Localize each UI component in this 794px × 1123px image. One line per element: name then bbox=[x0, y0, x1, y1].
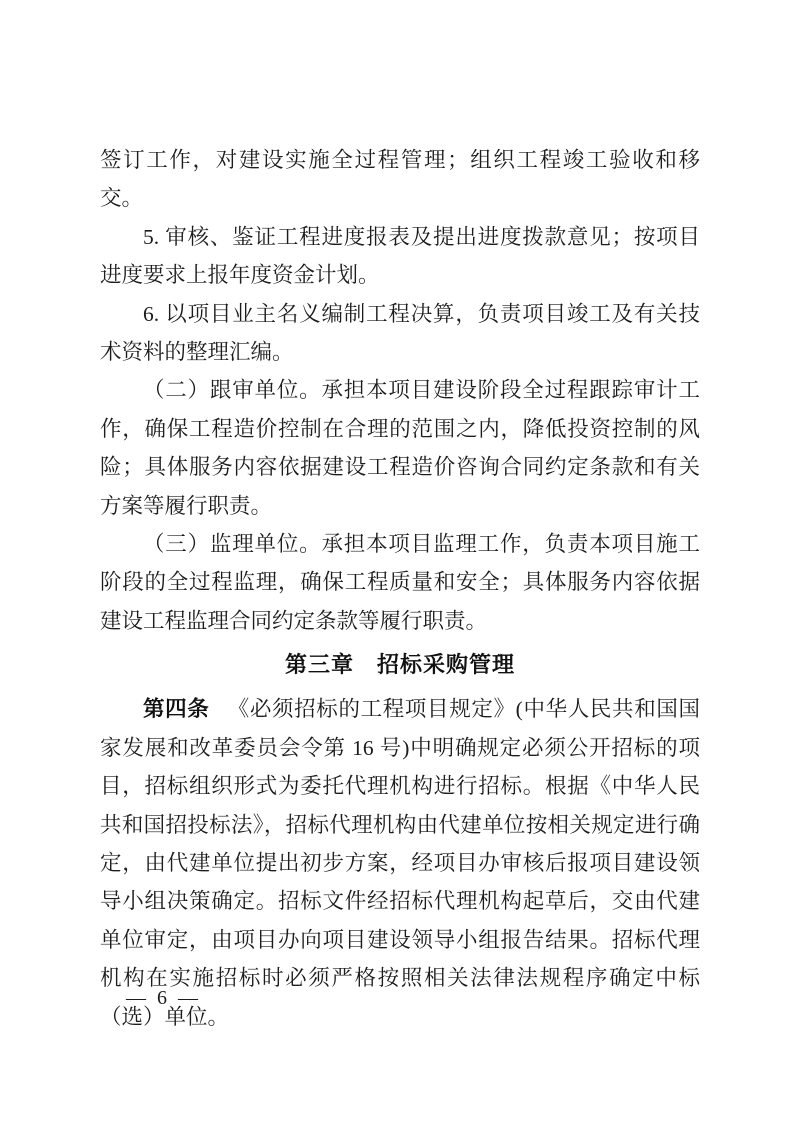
body-paragraph-unit-2: （二）跟审单位。承担本项目建设阶段全过程跟踪审计工作，确保工程造价控制在合理的范… bbox=[100, 371, 700, 525]
chapter-heading: 第三章 招标采购管理 bbox=[100, 640, 700, 690]
page-number: — 6 — bbox=[126, 984, 201, 1012]
article-text: 《必须招标的工程项目规定》(中华人民共和国国家发展和改革委员会令第 16 号)中… bbox=[100, 697, 700, 1028]
article-number-label: 第四条 bbox=[143, 697, 209, 721]
body-paragraph-unit-3: （三）监理单位。承担本项目监理工作，负责本项目施工阶段的全过程监理，确保工程质量… bbox=[100, 525, 700, 640]
body-paragraph-continuation: 签订工作，对建设实施全过程管理；组织工程竣工验收和移交。 bbox=[100, 141, 700, 218]
body-paragraph-item-6: 6. 以项目业主名义编制工程决算，负责项目竣工及有关技术资料的整理汇编。 bbox=[100, 295, 700, 372]
document-page: 签订工作，对建设实施全过程管理；组织工程竣工验收和移交。 5. 审核、鉴证工程进… bbox=[0, 0, 794, 1123]
document-body: 签订工作，对建设实施全过程管理；组织工程竣工验收和移交。 5. 审核、鉴证工程进… bbox=[100, 141, 700, 1036]
body-paragraph-item-5: 5. 审核、鉴证工程进度报表及提出进度拨款意见；按项目进度要求上报年度资金计划。 bbox=[100, 218, 700, 295]
